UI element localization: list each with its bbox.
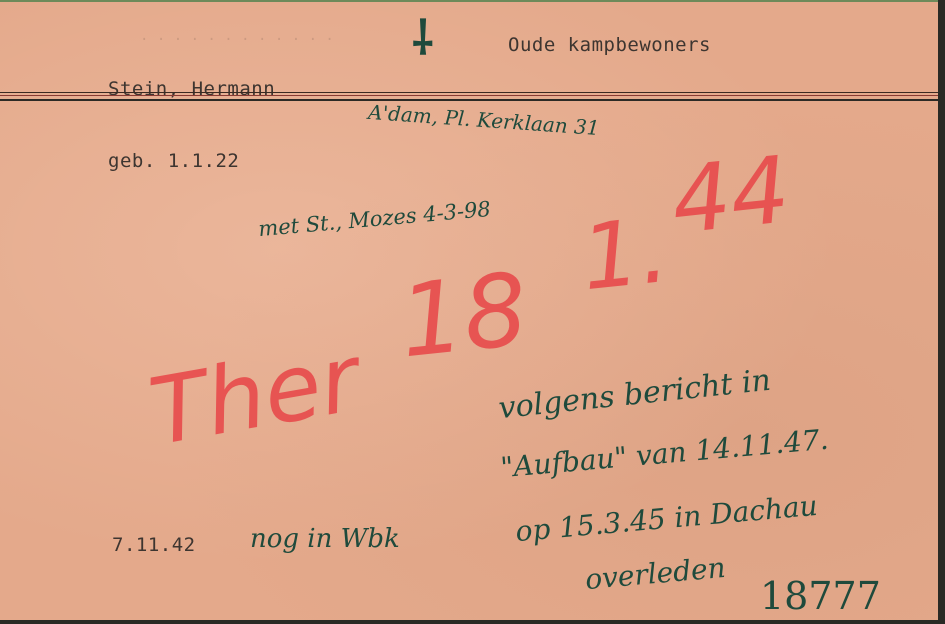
card-number: 18777 bbox=[760, 574, 881, 618]
red-place-annotation: Ther bbox=[142, 325, 366, 467]
category-mark: ⸸ bbox=[412, 6, 434, 68]
report-line-4: overleden bbox=[584, 551, 727, 596]
red-date-day: 18 bbox=[394, 251, 533, 381]
red-date-month: 1. bbox=[577, 198, 673, 311]
person-name: Stein, Hermann bbox=[108, 78, 275, 100]
category-label: Oude kampbewoners bbox=[508, 34, 711, 56]
faded-print: · · · · · · · · · · · · bbox=[140, 32, 334, 48]
header-rule bbox=[0, 92, 938, 93]
index-card: · · · · · · · · · · · · ⸸ Oude kampbewon… bbox=[0, 0, 938, 620]
entry-date: 7.11.42 bbox=[112, 534, 196, 556]
red-date-year: 44 bbox=[667, 136, 795, 255]
report-line-1: volgens bericht in bbox=[497, 363, 773, 426]
entry-note: nog in Wbk bbox=[250, 524, 400, 554]
header-rule-red bbox=[0, 95, 938, 96]
report-line-2: "Aufbau" van 14.11.47. bbox=[499, 423, 830, 485]
relation-note: met St., Mozes 4-3-98 bbox=[257, 197, 491, 241]
header-rule-bottom bbox=[0, 99, 938, 101]
birth-date: geb. 1.1.22 bbox=[108, 150, 239, 172]
report-line-3: op 15.3.45 in Dachau bbox=[514, 489, 819, 548]
address: A'dam, Pl. Kerklaan 31 bbox=[367, 100, 600, 140]
